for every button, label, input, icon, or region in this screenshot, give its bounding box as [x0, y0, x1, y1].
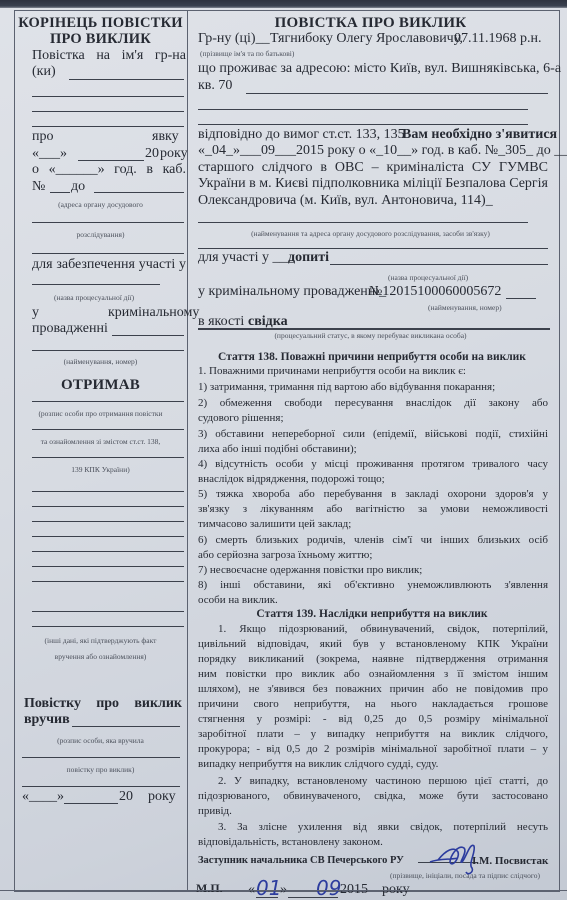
- stub-title-line1: КОРІНЕЦЬ ПОВІСТКИ: [14, 16, 187, 31]
- stub-for-participation: для забезпечення участі у: [32, 258, 186, 272]
- summons-requirement-bold: Вам необхідно з'явитися: [402, 128, 557, 142]
- stub-other-line-3[interactable]: [32, 521, 184, 522]
- article139-line: ним повістки про виклик або ознайомлення…: [198, 669, 548, 680]
- article138-line: 5) тяжка хвороба або перебування в закла…: [198, 489, 548, 500]
- stub-hint-name-number: (найменування, номер): [14, 358, 187, 366]
- stub-hint-sign2: та ознайомлення зі змістом ст.ст. 138,: [14, 438, 187, 446]
- summons-status-line[interactable]: [198, 328, 550, 330]
- summons-stub: КОРІНЕЦЬ ПОВІСТКИ ПРО ВИКЛИК Повістка на…: [14, 10, 188, 890]
- stub-no: №: [32, 180, 45, 194]
- stub-month-line[interactable]: [78, 160, 144, 161]
- stub-criminal-u: у: [32, 306, 39, 320]
- summons-hint-action: (назва процесуальної дії): [388, 274, 468, 282]
- summons-hint-name: (прізвище ім'я та по батькові): [200, 50, 294, 58]
- stub-proceedings-line-2[interactable]: [32, 350, 184, 351]
- article138-line: 2) обмеження свободи пересування внаслід…: [198, 398, 548, 409]
- summons-address-line-3[interactable]: [198, 124, 528, 125]
- summons-participation-action[interactable]: допиті: [288, 251, 329, 265]
- article139-line: 2. У випадку, встановленому частиною пер…: [218, 776, 548, 787]
- summons-proceedings-number[interactable]: №12015100060005672: [369, 285, 501, 299]
- article138-line: судового рішення;: [198, 413, 284, 424]
- summons-status-value[interactable]: свідка: [248, 315, 288, 329]
- signature-position: Заступник начальника СВ Печерського РУ: [198, 856, 404, 867]
- article138-title: Стаття 138. Поважні причини неприбуття о…: [188, 352, 556, 364]
- summons-appear-line5: Олександровича (м. Київ, вул. Антоновича…: [198, 194, 493, 208]
- signature-day-line: [256, 897, 278, 898]
- stub-delivered-line2: вручив: [24, 713, 70, 727]
- stub-proceedings-line[interactable]: [112, 335, 184, 336]
- summons-status-prefix: в якості: [198, 315, 244, 329]
- stub-body-line[interactable]: [94, 192, 184, 193]
- stub-footer-roku: року: [148, 790, 176, 804]
- article139-line: прокурора; - від 0,5 до 2 розмірів мінім…: [198, 744, 548, 755]
- summons-apartment[interactable]: кв. 70: [198, 79, 232, 93]
- summons-address[interactable]: що проживає за адресою: місто Київ, вул.…: [198, 62, 561, 76]
- stub-hint-delivered1: (розпис особи, яка вручила: [14, 737, 187, 745]
- summons-hint-status: (процесуальний статус, в якому перебуває…: [188, 332, 553, 340]
- summons-participation-prefix: для участі у ___: [198, 251, 294, 265]
- stub-hint-other1: (інші дані, які підтверджують факт: [14, 637, 187, 645]
- stub-other-line-7[interactable]: [32, 581, 184, 582]
- summons-appear-line3: старшого слідчого в ОВС – криміналіста С…: [198, 161, 548, 175]
- stub-name-line-3[interactable]: [32, 111, 184, 112]
- article138-line: або серйозна загроза їхньому життю;: [198, 550, 372, 561]
- stub-yavku: явку: [152, 130, 179, 144]
- summons-hint-body: (найменування та адреса органу досудовог…: [188, 230, 553, 238]
- summons-proceedings-line[interactable]: [506, 298, 536, 299]
- article138-line: зв'язку з лікуванням або вагітністю за у…: [198, 504, 548, 515]
- article138-line: лиха або інші подібні обставини);: [198, 444, 357, 455]
- stub-other-line-6[interactable]: [32, 566, 184, 567]
- stub-hint-address1: (адреса органу досудового: [14, 201, 187, 209]
- article139-line: причини свого неприбуття, на нього накла…: [198, 699, 548, 710]
- article139-line: випадку неприбуття на виклик слідчого су…: [198, 759, 438, 770]
- stub-office-line[interactable]: [50, 192, 70, 193]
- summons-body-line-2[interactable]: [198, 248, 548, 249]
- stub-received-sign-line[interactable]: [32, 401, 184, 402]
- stub-delivered-sign-line[interactable]: [72, 726, 180, 727]
- article139-line: стягнення у розмірі: - від 0,25 до 0,5 р…: [198, 714, 548, 725]
- stub-time-line: о «______» год. в каб.: [32, 163, 186, 177]
- summons-proceedings-prefix: у кримінальному провадженні_: [198, 285, 386, 299]
- article138-line: 4) відсутність особи у місці проживання …: [198, 459, 548, 470]
- stub-action-line[interactable]: [32, 284, 160, 285]
- stub-roku: року: [160, 147, 188, 161]
- stub-other-line-5[interactable]: [32, 551, 184, 552]
- article138-line: 8) інші обставини, які об'єктивно унемож…: [198, 580, 548, 591]
- summons-appear-line4: України в м. Києві підполковника міліції…: [198, 177, 548, 191]
- stub-received-line-2[interactable]: [32, 429, 184, 430]
- summons-body-line[interactable]: [198, 222, 528, 223]
- stub-hint-action: (назва процесуальної дії): [54, 294, 134, 302]
- stub-received-title: ОТРИМАВ: [14, 378, 187, 393]
- stub-hint-sign1: (розпис особи про отримання повістки: [14, 410, 187, 418]
- summons-action-line[interactable]: [330, 264, 548, 265]
- stub-other-line-2[interactable]: [32, 506, 184, 507]
- bottom-edge: [0, 890, 567, 891]
- stub-proceedings: провадженні: [32, 322, 108, 336]
- stub-name-line[interactable]: [69, 79, 184, 80]
- article138-line: 1) затримання, тримання під вартою або в…: [198, 382, 495, 393]
- summons-title: ПОВІСТКА ПРО ВИКЛИК: [188, 16, 553, 31]
- stub-do: до: [71, 180, 85, 194]
- stub-address-line[interactable]: [32, 222, 184, 223]
- stub-delivered-line-3[interactable]: [22, 786, 180, 787]
- stub-hint-other2: вручення або ознайомлення): [14, 653, 187, 661]
- summons-requirement-prefix: відповідно до вимог ст.ст. 133, 135: [198, 128, 405, 142]
- summons-main: ПОВІСТКА ПРО ВИКЛИК Гр-ну (ці)__ Тягнибо…: [188, 10, 558, 890]
- signature-name: І.М. Посвистак: [472, 856, 548, 867]
- summons-address-line-1[interactable]: [246, 93, 548, 94]
- stub-delivered-line1: Повістку про виклик: [24, 697, 182, 711]
- stub-hint-delivered2: повістку про виклик): [14, 766, 187, 774]
- article138-line: тимчасово залишити цей заклад;: [198, 519, 351, 530]
- stub-name-line-4[interactable]: [32, 126, 184, 127]
- summons-hint-name-number: (найменування, номер): [428, 304, 502, 312]
- summons-birth-date[interactable]: 07.11.1968 р.н.: [454, 32, 541, 46]
- summons-appear-date[interactable]: «_04_»___09___2015 року о «_10__» год. в…: [198, 144, 567, 158]
- article138-line: 3) обставини непереборної сили (епідемії…: [198, 429, 548, 440]
- stub-other-line-1[interactable]: [32, 491, 184, 492]
- stub-footer-date-open: «____»: [22, 790, 64, 804]
- stub-hint-address2: розслідування): [14, 231, 187, 239]
- stub-year-20: 20: [145, 147, 159, 161]
- article139-line: підозрюваного, обвинуваченого, свідка, м…: [198, 791, 548, 802]
- signature-mp: М.П.: [196, 882, 223, 894]
- article139-title: Стаття 139. Наслідки неприбуття на викли…: [188, 609, 556, 621]
- stub-address-line-2[interactable]: [32, 253, 184, 254]
- stub-hint-sign3: 139 КПК України): [14, 466, 187, 474]
- stub-pro: про: [32, 130, 54, 144]
- summons-person-name[interactable]: Тягнибоку Олегу Ярославовичу,: [270, 32, 463, 46]
- article138-line: внаслідок відрядження, подорожі тощо;: [198, 474, 385, 485]
- stub-summons-to: Повістка на ім'я гр-на: [32, 49, 186, 63]
- summons-to-prefix: Гр-ну (ці)__: [198, 32, 270, 46]
- stub-ki: (ки): [32, 65, 56, 79]
- article139-line: цивільний відповідач, який був у встанов…: [198, 639, 548, 650]
- article139-line: порядку викликаний (зокрема, наявне підт…: [198, 654, 548, 665]
- article139-line: шляхом), не з'явився без поважних причин…: [198, 684, 548, 695]
- article139-line: заробітної плати – у випадку неприбуття …: [198, 729, 548, 740]
- article139-line: 3. За злісне ухилення від явки свідок, п…: [218, 822, 548, 833]
- stub-other-line-8[interactable]: [32, 611, 184, 612]
- stub-criminal-word: кримінальному: [108, 306, 199, 320]
- stub-footer-month-line[interactable]: [64, 803, 118, 804]
- stub-title-line2: ПРО ВИКЛИК: [14, 32, 187, 47]
- signature-hint: (прізвище, ініціали, посада та підпис сл…: [390, 872, 540, 880]
- article138-line: 7) несвоєчасне одержання повістки про ви…: [198, 565, 422, 576]
- stub-name-line-2[interactable]: [32, 96, 184, 97]
- summons-address-line-2[interactable]: [198, 109, 528, 110]
- stub-received-line-3[interactable]: [32, 457, 184, 458]
- stub-date-open: «___»: [32, 147, 67, 161]
- stub-footer-year: 20: [119, 790, 133, 804]
- article139-line: відповідальність, встановлену законом.: [198, 837, 383, 848]
- signature-month[interactable]: 09: [316, 876, 341, 900]
- article138-line: особи на виклик.: [198, 595, 278, 606]
- article139-line: 1. Якщо підозрюваний, обвинувачений, сві…: [218, 624, 548, 635]
- article138-line: 1. Поважними причинами неприбуття особи …: [198, 366, 466, 377]
- stub-other-line-9[interactable]: [32, 626, 184, 627]
- article139-line: привід.: [198, 806, 232, 817]
- article138-line: 6) смерть близьких родичів, членів сім'ї…: [198, 535, 548, 546]
- stub-other-line-4[interactable]: [32, 536, 184, 537]
- stub-delivered-line-2[interactable]: [22, 757, 180, 758]
